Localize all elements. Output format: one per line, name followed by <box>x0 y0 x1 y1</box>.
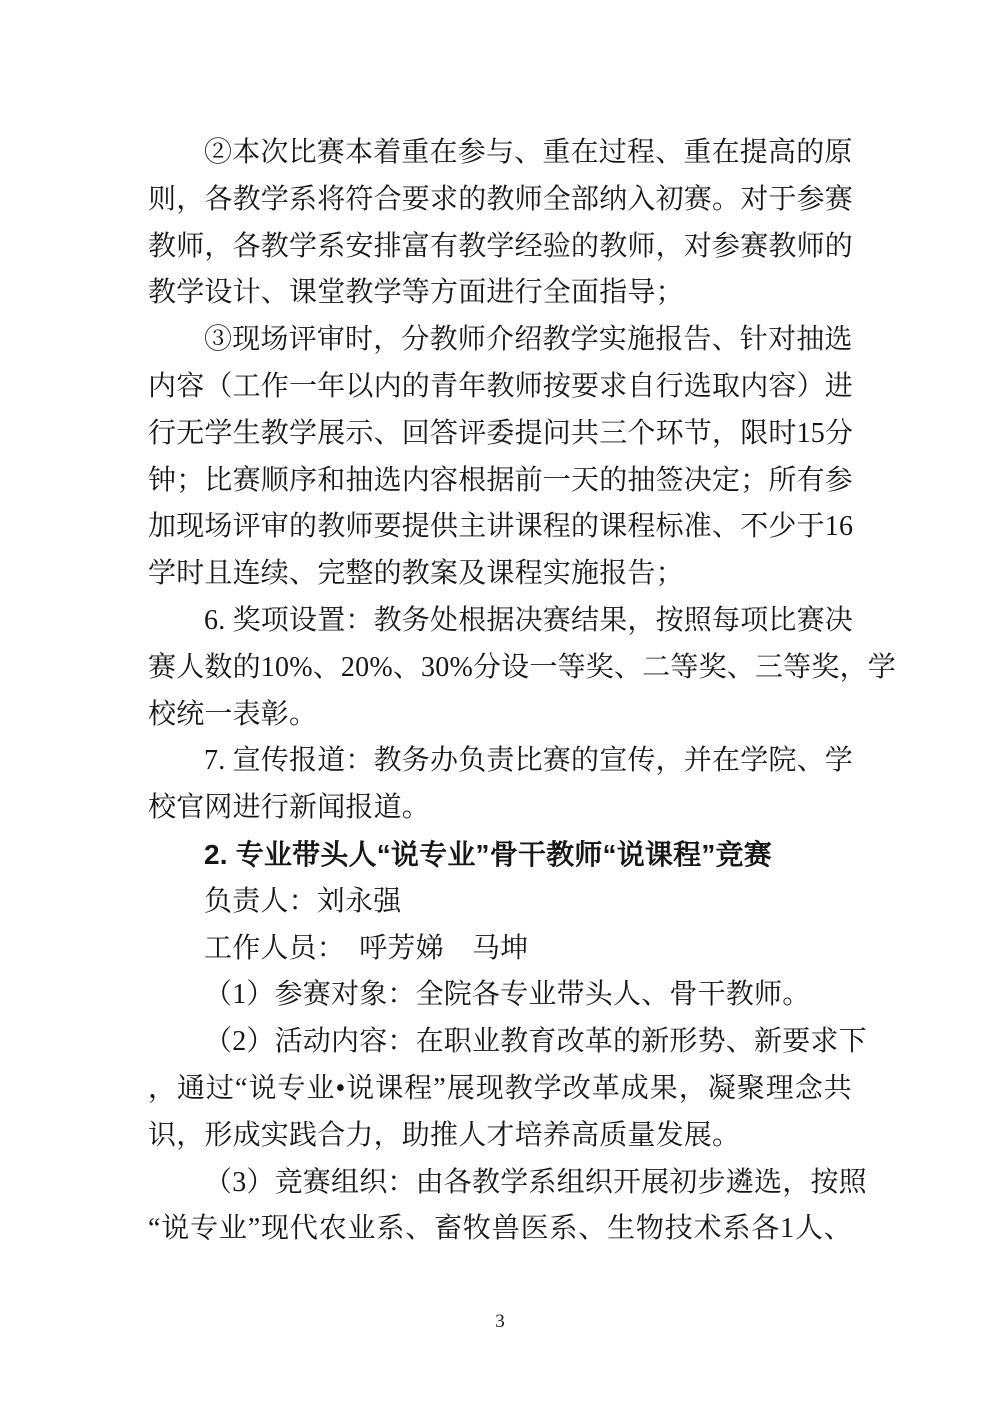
text-line: 则，各教学系将符合要求的教师全部纳入初赛。对于参赛 <box>148 177 852 224</box>
text-line: （1）参赛对象：全院各专业带头人、骨干教师。 <box>148 972 852 1019</box>
text-line: ②本次比赛本着重在参与、重在过程、重在提高的原 <box>148 130 852 177</box>
text-line: 6. 奖项设置：教务处根据决赛结果，按照每项比赛决 <box>148 598 852 645</box>
text-line: “说专业”现代农业系、畜牧兽医系、生物技术系各1人、 <box>148 1206 852 1253</box>
para-2-activity-content: （2）活动内容：在职业教育改革的新形势、新要求下，通过“说专业•说课程”展现教学… <box>148 1019 852 1159</box>
para-7-publicity: 7. 宣传报道：教务办负责比赛的宣传，并在学院、学校官网进行新闻报道。 <box>148 738 852 832</box>
text-line: ，通过“说专业•说课程”展现教学改革成果，凝聚理念共 <box>148 1066 852 1113</box>
para-onsite-review-rule: ③现场评审时，分教师介绍教学实施报告、针对抽选内容（工作一年以内的青年教师按要求… <box>148 317 852 598</box>
text-line: 识，形成实践合力，助推人才培养高质量发展。 <box>148 1113 852 1160</box>
document-body: ②本次比赛本着重在参与、重在过程、重在提高的原则，各教学系将符合要求的教师全部纳… <box>148 130 852 1253</box>
text-line: 校官网进行新闻报道。 <box>148 785 852 832</box>
para-1-participants: （1）参赛对象：全院各专业带头人、骨干教师。 <box>148 972 852 1019</box>
para-initial-round-rule: ②本次比赛本着重在参与、重在过程、重在提高的原则，各教学系将符合要求的教师全部纳… <box>148 130 852 317</box>
section-heading: 2. 专业带头人“说专业”骨干教师“说课程”竞赛 <box>148 832 852 879</box>
document-page: ②本次比赛本着重在参与、重在过程、重在提高的原则，各教学系将符合要求的教师全部纳… <box>0 0 1000 1415</box>
text-line: 钟；比赛顺序和抽选内容根据前一天的抽签决定；所有参 <box>148 458 852 505</box>
text-line: 内容（工作一年以内的青年教师按要求自行选取内容）进 <box>148 364 852 411</box>
para-staff: 工作人员： 呼芳娣 马坤 <box>148 926 852 973</box>
text-line: 教学设计、课堂教学等方面进行全面指导； <box>148 270 852 317</box>
text-line: 教师，各教学系安排富有教学经验的教师，对参赛教师的 <box>148 224 852 271</box>
text-line: 赛人数的10%、20%、30%分设一等奖、二等奖、三等奖，学 <box>148 645 852 692</box>
text-line: 工作人员： 呼芳娣 马坤 <box>148 926 852 973</box>
text-line: ③现场评审时，分教师介绍教学实施报告、针对抽选 <box>148 317 852 364</box>
text-line: 校统一表彰。 <box>148 692 852 739</box>
text-line: 加现场评审的教师要提供主讲课程的课程标准、不少于16 <box>148 504 852 551</box>
section-heading-2: 2. 专业带头人“说专业”骨干教师“说课程”竞赛 <box>148 832 852 879</box>
para-3-competition-organization: （3）竞赛组织：由各教学系组织开展初步遴选，按照“说专业”现代农业系、畜牧兽医系… <box>148 1160 852 1254</box>
text-line: （2）活动内容：在职业教育改革的新形势、新要求下 <box>148 1019 852 1066</box>
text-line: （3）竞赛组织：由各教学系组织开展初步遴选，按照 <box>148 1160 852 1207</box>
text-line: 学时且连续、完整的教案及课程实施报告； <box>148 551 852 598</box>
para-leader: 负责人：刘永强 <box>148 879 852 926</box>
text-line: 7. 宣传报道：教务办负责比赛的宣传，并在学院、学 <box>148 738 852 785</box>
text-line: 行无学生教学展示、回答评委提问共三个环节，限时15分 <box>148 411 852 458</box>
text-line: 负责人：刘永强 <box>148 879 852 926</box>
page-number: 3 <box>0 1310 1000 1334</box>
para-6-awards: 6. 奖项设置：教务处根据决赛结果，按照每项比赛决赛人数的10%、20%、30%… <box>148 598 852 738</box>
